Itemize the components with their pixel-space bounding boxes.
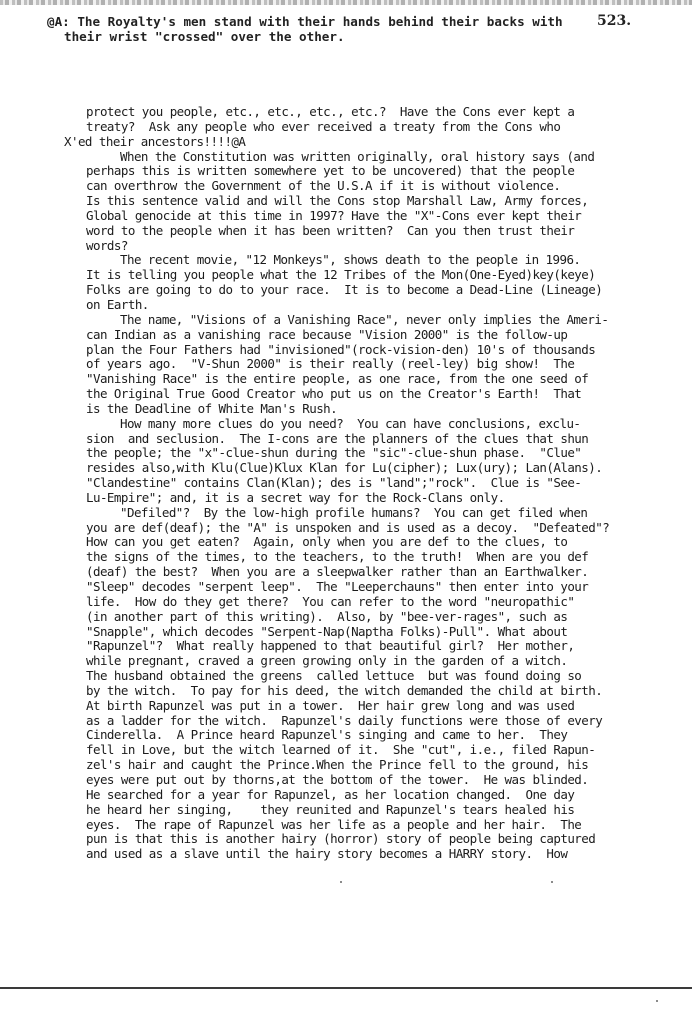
text-line: "Vanishing Race" is the entire people, a…: [86, 372, 646, 387]
scan-speck: [656, 1000, 658, 1002]
text-line: words?: [86, 239, 646, 254]
text-line: zel's hair and caught the Prince.When th…: [86, 758, 646, 773]
text-line: He searched for a year for Rapunzel, as …: [86, 788, 646, 803]
text-line: the signs of the times, to the teachers,…: [86, 550, 646, 565]
text-line: The husband obtained the greens called l…: [86, 669, 646, 684]
text-line: life. How do they get there? You can ref…: [86, 595, 646, 610]
text-line: sion and seclusion. The I-cons are the p…: [86, 432, 646, 447]
footnote: @A: The Royalty's men stand with their h…: [47, 14, 567, 44]
text-line: At birth Rapunzel was put in a tower. He…: [86, 699, 646, 714]
text-line: Global genocide at this time in 1997? Ha…: [86, 209, 646, 224]
page-number: 523.: [597, 13, 631, 29]
text-line: eyes were put out by thorns,at the botto…: [86, 773, 646, 788]
text-line: Cinderella. A Prince heard Rapunzel's si…: [86, 728, 646, 743]
text-line: It is telling you people what the 12 Tri…: [86, 268, 646, 283]
text-line: word to the people when it has been writ…: [86, 224, 646, 239]
text-line: protect you people, etc., etc., etc., et…: [86, 105, 646, 120]
text-line: treaty? Ask any people who ever received…: [86, 120, 646, 135]
text-line: "Defiled"? By the low-high profile human…: [86, 506, 646, 521]
text-line: fell in Love, but the witch learned of i…: [86, 743, 646, 758]
text-line: while pregnant, craved a green growing o…: [86, 654, 646, 669]
text-line: When the Constitution was written origin…: [86, 150, 646, 165]
text-line: (deaf) the best? When you are a sleepwal…: [86, 565, 646, 580]
text-line: he heard her singing, they reunited and …: [86, 803, 646, 818]
footnote-line-2: their wrist "crossed" over the other.: [47, 29, 567, 44]
text-line: is the Deadline of White Man's Rush.: [86, 402, 646, 417]
text-line: "Clandestine" contains Clan(Klan); des i…: [86, 476, 646, 491]
text-line: on Earth.: [86, 298, 646, 313]
text-line: How many more clues do you need? You can…: [86, 417, 646, 432]
scan-top-edge: [0, 0, 692, 5]
text-line: as a ladder for the witch. Rapunzel's da…: [86, 714, 646, 729]
text-line: "Snapple", which decodes "Serpent-Nap(Na…: [86, 625, 646, 640]
body-text: protect you people, etc., etc., etc., et…: [86, 105, 646, 862]
text-line: can Indian as a vanishing race because "…: [86, 328, 646, 343]
text-line: can overthrow the Government of the U.S.…: [86, 179, 646, 194]
text-line: (in another part of this writing). Also,…: [86, 610, 646, 625]
bottom-rule: [0, 987, 692, 989]
text-line: perhaps this is written somewhere yet to…: [86, 164, 646, 179]
text-line: The name, "Visions of a Vanishing Race",…: [86, 313, 646, 328]
text-line: of years ago. "V-Shun 2000" is their rea…: [86, 357, 646, 372]
text-line: Is this sentence valid and will the Cons…: [86, 194, 646, 209]
text-line: and used as a slave until the hairy stor…: [86, 847, 646, 862]
text-line: resides also,with Klu(Clue)Klux Klan for…: [86, 461, 646, 476]
text-line: X'ed their ancestors!!!!@A: [64, 135, 646, 150]
text-line: Folks are going to do to your race. It i…: [86, 283, 646, 298]
text-line: "Sleep" decodes "serpent leep". The "Lee…: [86, 580, 646, 595]
text-line: pun is that this is another hairy (horro…: [86, 832, 646, 847]
text-line: plan the Four Fathers had "invisioned"(r…: [86, 343, 646, 358]
text-line: "Rapunzel"? What really happened to that…: [86, 639, 646, 654]
scan-speck: [340, 881, 342, 883]
text-line: Lu-Empire"; and, it is a secret way for …: [86, 491, 646, 506]
text-line: you are def(deaf); the "A" is unspoken a…: [86, 521, 646, 536]
text-line: the Original True Good Creator who put u…: [86, 387, 646, 402]
text-line: by the witch. To pay for his deed, the w…: [86, 684, 646, 699]
footnote-line-1: @A: The Royalty's men stand with their h…: [47, 14, 563, 29]
text-line: eyes. The rape of Rapunzel was her life …: [86, 818, 646, 833]
text-line: The recent movie, "12 Monkeys", shows de…: [86, 253, 646, 268]
scan-speck: [551, 881, 553, 883]
text-line: the people; the "x"-clue-shun during the…: [86, 446, 646, 461]
text-line: How can you get eaten? Again, only when …: [86, 535, 646, 550]
